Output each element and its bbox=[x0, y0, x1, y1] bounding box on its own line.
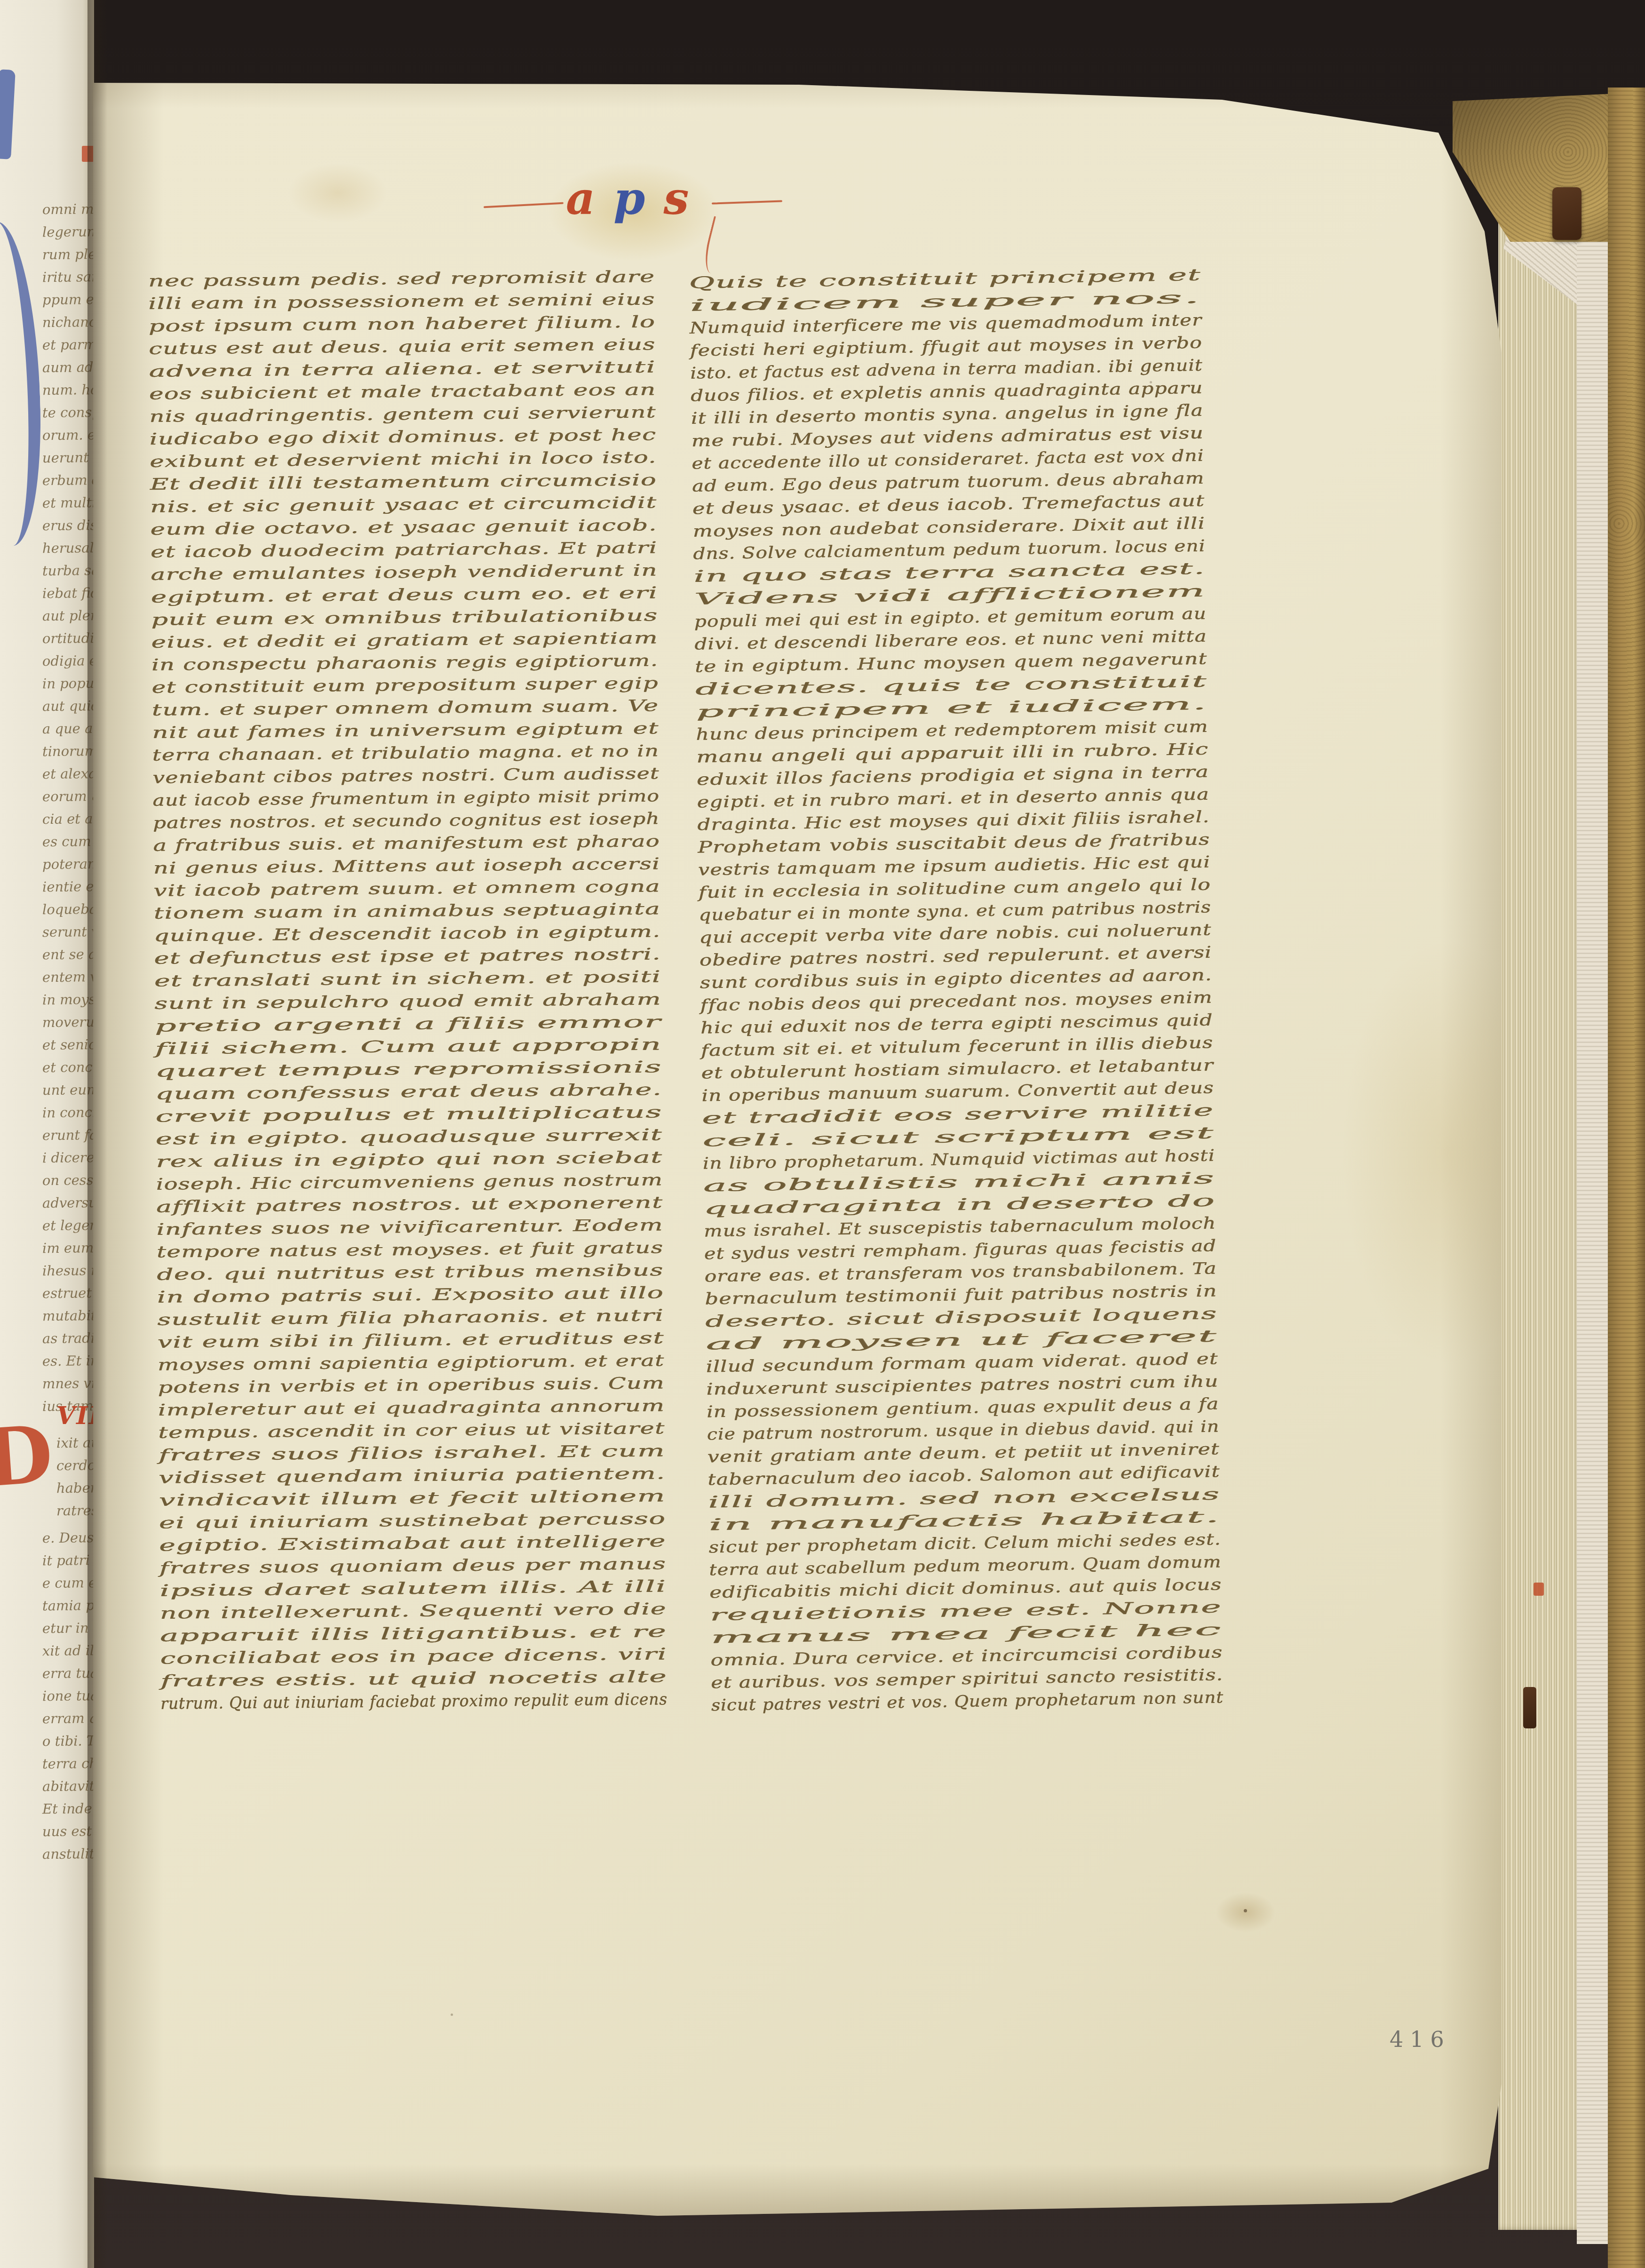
previous-page-text-fragment: es. Et intuentes eum o bbox=[42, 1349, 94, 1373]
previous-page-text-fragment: iritu sancto. et phyli bbox=[42, 265, 94, 289]
blue-initial-fragment-swash bbox=[0, 220, 45, 547]
previous-page-text-fragment: tinorum et cyrenensium bbox=[42, 739, 94, 763]
previous-page-text-fragment: eorum qui erant a cili bbox=[42, 784, 94, 808]
previous-page-text-fragment: ent se audisse eum dic bbox=[42, 942, 94, 966]
previous-page-text-fragment: et seniores et scribas bbox=[42, 1033, 94, 1057]
previous-page-text-fragment: iebat fidei. Stephanus bbox=[42, 581, 94, 605]
previous-page-text-fragments-bottom: e. Deus glorie apparuit patri nostro abr… bbox=[42, 1526, 94, 1865]
manuscript-text-line: rutrum. Qui aut iniuriam faciebat proxim… bbox=[160, 1688, 668, 1715]
previous-page-text-fragment: cia et asya disputant bbox=[42, 807, 94, 831]
text-column-right: Quis te constituit principem etiudicem s… bbox=[689, 264, 1224, 1718]
previous-page-text-fragment: etur in charram. et di bbox=[42, 1616, 94, 1640]
running-title-letter-p: p bbox=[613, 170, 645, 227]
previous-page-text-fragment: e. Deus glorie apparu bbox=[42, 1526, 94, 1550]
previous-page-text-fragment: mutabit traditiones qu bbox=[42, 1304, 94, 1328]
bookmark-tab-top bbox=[1552, 187, 1581, 240]
previous-page-text-fragment: ortitudine faciebat pr bbox=[42, 626, 94, 650]
previous-page-text-fragment: entem verba blasphemie bbox=[42, 965, 94, 989]
previous-page-text-fragment: uus est pater eius tr bbox=[42, 1819, 94, 1843]
running-title-letter-s: s bbox=[664, 170, 689, 227]
previous-page-text-fragment: ihesus nazarenus hic d bbox=[42, 1258, 94, 1282]
blue-initial-fragment-top bbox=[0, 69, 16, 159]
previous-page-text-fragment: rum plenum fide et sp bbox=[42, 242, 94, 266]
manuscript-photo: omni multitudine et elegerunt stephanum … bbox=[0, 0, 1645, 2268]
previous-page-text-fragment: ione tua. et veni in t bbox=[42, 1684, 94, 1708]
running-title-flourish-right bbox=[712, 200, 782, 204]
previous-page-text-fragment: abitavit in charram. bbox=[42, 1774, 94, 1798]
bookmark-tab-lower bbox=[1523, 1687, 1536, 1728]
previous-page-text-fragment: ppum et prochorum et bbox=[42, 287, 94, 311]
previous-page-text-fragment: erus discipulorum in i bbox=[42, 513, 94, 537]
previous-page-text-fragment: e cum esset in mesopo bbox=[42, 1571, 94, 1595]
previous-page-text-fragment: omni multitudine et e bbox=[42, 197, 94, 221]
previous-page-text-fragment: i dicerent homo iste n bbox=[42, 1146, 94, 1170]
previous-page-text-fragment: num. hos statuerunt an bbox=[42, 378, 94, 402]
previous-page-text-fragment: tamia priusquam morar bbox=[42, 1593, 94, 1617]
previous-page-text-fragment: o tibi. Tunc exiit de bbox=[42, 1729, 94, 1753]
previous-page-text-fragment: terra chaldeorum et h bbox=[42, 1751, 94, 1775]
previous-page-text-fragment: erbum domini crescebat bbox=[42, 468, 94, 492]
previous-page-text-fragment: et parmenam et nichol bbox=[42, 333, 94, 357]
previous-page-text-fragment: orum. et orantes impos bbox=[42, 423, 94, 447]
running-title-flourish-left bbox=[484, 202, 564, 208]
previous-page-text-fragment: poterant resistere sap bbox=[42, 852, 94, 876]
running-title-descender bbox=[700, 216, 731, 275]
previous-page-text-fragment: nichanorem et thymone bbox=[42, 310, 94, 334]
previous-page-text-fragment: unt eum et adduxerunt bbox=[42, 1078, 94, 1102]
previous-page-text-fragment: it patri nostro abrah bbox=[42, 1548, 94, 1572]
previous-page-text-fragment: ientie et spiritui qui bbox=[42, 875, 94, 899]
previous-page-text-fragment: aut quidam de synagog bbox=[42, 694, 94, 718]
previous-page-text-fragment: et concurrentes rapuer bbox=[42, 1055, 94, 1079]
previous-page-text-fragment: moverunt itaque plebem bbox=[42, 1010, 94, 1034]
previous-page-text-fragment: as tradidit nobis moys bbox=[42, 1326, 94, 1350]
previous-page-text-fragment: turba sacerdotum obed bbox=[42, 558, 94, 582]
running-title: a p s bbox=[566, 170, 829, 241]
previous-page-text-fragment: xit ad illum. Exi de t bbox=[42, 1639, 94, 1663]
gutter-shadow bbox=[87, 0, 107, 2268]
previous-page-text-fragment: estruet locum istum et bbox=[42, 1281, 94, 1305]
previous-page-text-fragment: erram quam monstraver bbox=[42, 1706, 94, 1730]
previous-page-text-fragment: mnes viderunt faciem e bbox=[42, 1371, 94, 1395]
red-fore-edge-mark bbox=[1534, 1583, 1544, 1596]
running-title-letter-a: a bbox=[566, 170, 595, 227]
previous-page-text-fragment: Et inde postquam mort bbox=[42, 1797, 94, 1821]
previous-page-text-fragment: aut plenus gratia et f bbox=[42, 604, 94, 628]
previous-page-text-fragment: erunt falsos testes qu bbox=[42, 1123, 94, 1147]
chapter-initial-d: D bbox=[0, 1414, 55, 1498]
previous-page-edge: omni multitudine et elegerunt stephanum … bbox=[0, 0, 94, 2268]
previous-page-text-fragment: odigia et signa magna bbox=[42, 649, 94, 673]
text-column-left: nec passum pedis. sed repromisit dareill… bbox=[148, 266, 668, 1715]
parchment-speck bbox=[451, 2013, 453, 2016]
previous-page-text-fragment: on cessat loqui verba bbox=[42, 1168, 94, 1192]
previous-page-text-fragment: te conspectum apostol bbox=[42, 400, 94, 424]
previous-page-text-fragment: a que appellatur liber bbox=[42, 716, 94, 740]
previous-page-text-fragment: et alexandrinorum. et bbox=[42, 762, 94, 786]
previous-page-text-fragment: serunt viros qui dicer bbox=[42, 920, 94, 944]
parchment-page: a p s nec passum pedis. sed repromisit d… bbox=[93, 71, 1502, 2216]
parchment-speck bbox=[1244, 1909, 1247, 1912]
previous-page-text-fragment: im eum dicentem quonia bbox=[42, 1236, 94, 1260]
previous-page-text-fragments: omni multitudine et elegerunt stephanum … bbox=[42, 198, 94, 1417]
previous-page-text-fragment: in concilium. et statu bbox=[42, 1100, 94, 1124]
folio-number: 416 bbox=[1390, 2027, 1451, 2052]
previous-page-text-fragment: et legem. Audivimus en bbox=[42, 1213, 94, 1237]
previous-page-text-fragment: es cum stephano. et no bbox=[42, 829, 94, 853]
leather-cover-edge bbox=[1608, 88, 1645, 2268]
previous-page-text-fragment: loquebatur. Tunc summi bbox=[42, 897, 94, 921]
previous-page-text-fragment: aum advenam anthioche bbox=[42, 355, 94, 379]
previous-page-text-fragment: uerunt eis manus. et v bbox=[42, 446, 94, 470]
previous-page-text-fragment: in moysen et deum. Com bbox=[42, 987, 94, 1011]
previous-page-text-fragment: legerunt stephanum vi bbox=[42, 220, 94, 244]
previous-page-text-fragment: adversus locum sanctum bbox=[42, 1191, 94, 1215]
previous-page-text-fragment: in populo. Surrexerunt bbox=[42, 671, 94, 695]
previous-page-text-fragment: et multiplicabatur num bbox=[42, 491, 94, 515]
page-edge-stack bbox=[1498, 136, 1583, 2230]
previous-page-text-fragment: anstulit illum in ter bbox=[42, 1842, 94, 1866]
parchment-speck bbox=[1150, 381, 1152, 383]
previous-page-text-fragment: herusalem multa etiam bbox=[42, 536, 94, 560]
previous-page-text-fragment: erra tua et de cognat bbox=[42, 1661, 94, 1685]
